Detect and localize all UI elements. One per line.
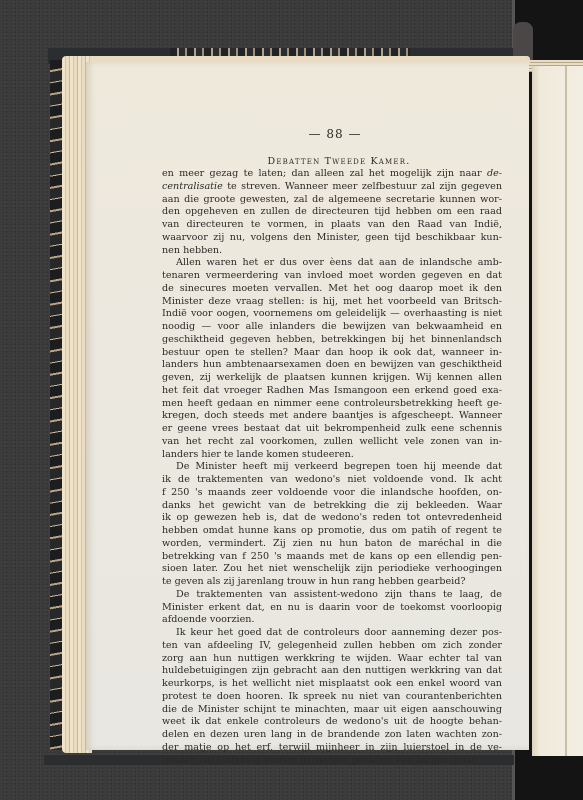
paragraph: Ik keur het goed dat de controleurs door… [162,627,502,767]
text-line: der matje op het erf, terwijl mijnheer i… [162,742,502,755]
paragraph: Allen waren het er dus over èens dat aan… [162,257,502,461]
page-fold [565,66,567,756]
text-line: Allen waren het er dus over èens dat aan… [162,257,502,270]
text-line: protest te doen hooren. Ik spreek nu nie… [162,691,502,704]
text-line: er geene vrees bestaat dat uit bekrompen… [162,423,502,436]
text-line: van het recht zal voorkomen, zullen well… [162,436,502,449]
text-line: die de Minister schijnt te minachten, ma… [162,704,502,717]
text-line: landers hier te lande komen studeeren. [162,449,502,462]
text-line: Minister erkent dat, en nu is daarin voo… [162,602,502,615]
text-line: nen hebben. [162,245,502,258]
text-line: weet ik dat enkele controleurs de wedono… [162,716,502,729]
text-line: geven, zij werkelijk de plaatsen kunnen … [162,372,502,385]
body-text: en meer gezag te laten; dan alleen zal h… [162,168,502,767]
text-line: de sinecures moeten vervallen. Met het o… [162,283,502,296]
text-line: sioen later. Zou het niet wenschelijk zi… [162,563,502,576]
text-line: afdoende voorzien. [162,614,502,627]
text-line: tenaren vermeerdering van invloed moet w… [162,270,502,283]
text-line: zorg aan hun nuttigen werkkring te wijde… [162,653,502,666]
text-line: worden, vermindert. Zij zien nu hun bato… [162,538,502,551]
paragraph: De Minister heeft mij verkeerd begrepen … [162,461,502,589]
text-line: landers hun ambtenaarsexamen doen en bew… [162,359,502,372]
text-line: De traktementen van assistent-wedono zij… [162,589,502,602]
text-line: den opgeheven en zullen de directeuren t… [162,206,502,219]
text-line: Indië voor oogen, voornemens om geleidel… [162,308,502,321]
italic-term: centralisatie [162,181,223,192]
text-line: het feit dat vroeger Radhen Mas Ismangoo… [162,385,502,398]
text-line: hebben omdat hunne kans op promotie, dus… [162,525,502,538]
text-line: kregen, doch steeds met andere baantjes … [162,410,502,423]
running-head: Debatten Tweede Kamer. [162,156,502,167]
text-line: centralisatie te streven. Wanneer meer z… [162,181,502,194]
page-number: — 88 — [162,127,502,141]
text-line: Minister deze vraag stellen: is hij, met… [162,296,502,309]
marbled-edge-left [50,60,62,750]
text-line: geschiktheid gegeven hebben, betrekkinge… [162,334,502,347]
facing-page [532,66,583,756]
text-line: f 250 's maands zeer voldoende voor die … [162,487,502,500]
text-line: men heeft gedaan en nimmer eene controle… [162,398,502,411]
text-line: waarvoor zij nu, volgens den Minister, g… [162,232,502,245]
text-line: huldebetuigingen zijn gebracht aan den n… [162,665,502,678]
text-line: en meer gezag te laten; dan alleen zal h… [162,168,502,181]
italic-term: de- [487,168,502,179]
text-line: De Minister heeft mij verkeerd begrepen … [162,461,502,474]
text-line: ik op gewezen heb is, dat de wedono's re… [162,512,502,525]
text-line: te geven als zij jarenlang trouw in hun … [162,576,502,589]
text-line: ten van afdeeling IV, gelegenheid zullen… [162,640,502,653]
text-line: danks het gewicht van de betrekking die … [162,500,502,513]
text-line: van directeuren te vormen, in plaats van… [162,219,502,232]
text-line: aan die groote gewesten, zal de algemeen… [162,194,502,207]
text-line: noodig — voor alle inlanders die bewijze… [162,321,502,334]
text-line: randah zit. Gelukkig komen dergelijke ge… [162,755,502,768]
text-line: betrekking van f 250 's maands met de ka… [162,551,502,564]
text-line: bestuur open te stellen? Maar dan hoop i… [162,347,502,360]
page-text: — 88 — Debatten Tweede Kamer. en meer ge… [162,127,502,767]
text-line: ik de traktementen van wedono's niet vol… [162,474,502,487]
paragraph: en meer gezag te laten; dan alleen zal h… [162,168,502,257]
text-line: keurkorps, is het wellicht niet misplaat… [162,678,502,691]
paragraph: De traktementen van assistent-wedono zij… [162,589,502,627]
text-line: Ik keur het goed dat de controleurs door… [162,627,502,640]
text-line: delen en dezen uren lang in de brandende… [162,729,502,742]
